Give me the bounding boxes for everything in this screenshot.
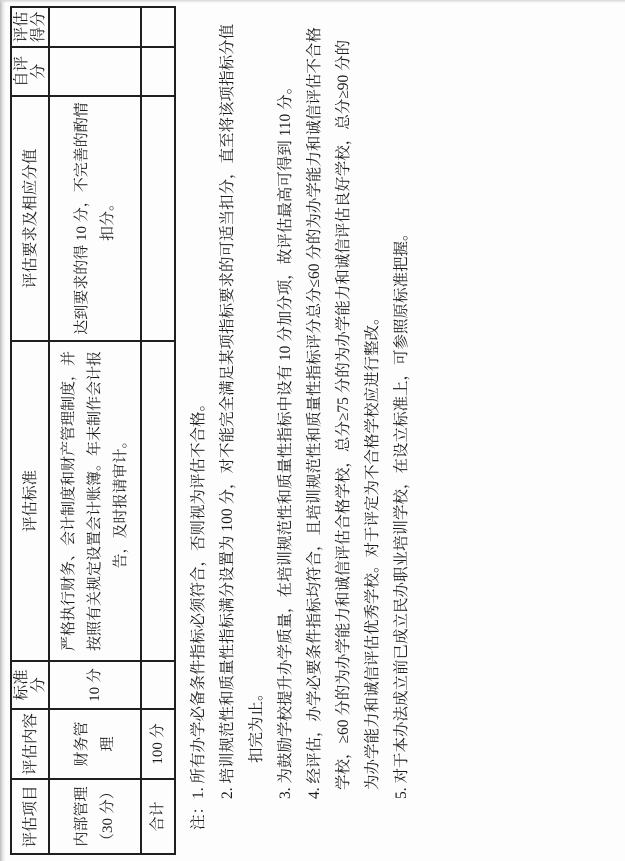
note-line-8: 5. 对于本办法成立前已成立民办职业培训学校，在设立标准上，可参照原标准把握。 [387, 24, 416, 799]
total-empty-4 [141, 47, 175, 96]
scanned-document-page: 评估项目 评估内容 标准分 评估标准 评估要求及相应分值 自评分 评估得分 内部… [0, 0, 625, 861]
cell-self-score [49, 47, 141, 96]
note-line-1: 注：1. 所有办学必备条件指标必须符合，否则视为评估不合格。 [184, 24, 213, 830]
evaluation-table: 评估项目 评估内容 标准分 评估标准 评估要求及相应分值 自评分 评估得分 内部… [10, 6, 176, 855]
header-self-score: 自评分 [11, 47, 49, 96]
total-empty-1 [141, 661, 175, 709]
header-project: 评估项目 [11, 779, 49, 854]
cell-project: 内部管理 （30 分） [49, 779, 141, 854]
header-standard-score: 标准分 [11, 661, 49, 709]
note-line-7: 为办学能力和诚信评估优秀学校。对于评定为不合格学校应进行整改。 [358, 24, 387, 790]
note-line-6: 学校，≥60 分的为办学能力和诚信评估合格学校，总分≥75 分的为办学能力和诚信… [329, 24, 358, 790]
notes-block: 注：1. 所有办学必备条件指标必须符合，否则视为评估不合格。 2. 培训规范性和… [184, 24, 416, 830]
rotated-page-content: 评估项目 评估内容 标准分 评估标准 评估要求及相应分值 自评分 评估得分 内部… [0, 0, 625, 861]
header-criteria: 评估标准 [11, 341, 49, 661]
cell-criteria: 严格执行财务、会计制度和财产管理制度，并按照有关规定设置会计账簿。年末制作会计报… [49, 341, 141, 661]
total-label-cell: 合计 [141, 779, 175, 854]
scan-edge-left [0, 0, 6, 861]
table-header-row: 评估项目 评估内容 标准分 评估标准 评估要求及相应分值 自评分 评估得分 [11, 7, 49, 854]
total-empty-3 [141, 96, 175, 341]
total-empty-5 [141, 7, 175, 47]
note-line-5: 4. 经评估，办学必要条件指标均符合，且培训规范性和质量性指标评分总分≤60 分… [300, 24, 329, 799]
cell-content: 财务管理 [49, 709, 141, 779]
note-line-4: 3. 为鼓励学校提升办学质量，在培训规范性和质量性指标中设有 10 分加分项，故… [271, 24, 300, 799]
header-requirements: 评估要求及相应分值 [11, 96, 49, 341]
cell-eval-score [49, 7, 141, 47]
cell-requirements: 达到要求的得 10 分，不完善的酌情扣分。 [49, 96, 141, 341]
header-eval-score: 评估得分 [11, 7, 49, 47]
table-row: 内部管理 （30 分） 财务管理 10 分 严格执行财务、会计制度和财产管理制度… [49, 7, 141, 854]
header-content: 评估内容 [11, 709, 49, 779]
scan-edge-top [0, 0, 625, 3]
note-line-3: 扣完为止。 [242, 24, 271, 763]
total-score-cell: 100 分 [141, 709, 175, 779]
total-empty-2 [141, 341, 175, 661]
table-total-row: 合计 100 分 [141, 7, 175, 854]
note-line-2: 2. 培训规范性和质量性指标满分设置为 100 分，对不能完全满足某项指标要求的… [213, 24, 242, 799]
cell-standard-score: 10 分 [49, 661, 141, 709]
